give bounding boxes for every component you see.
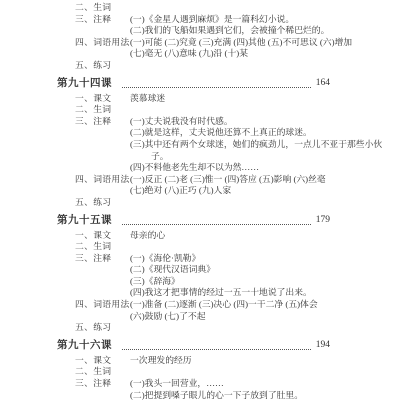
toc-item-row: 四、词语用法(一)可能 (二)究竟 (三)充满 (四)其他 (五)不可思议 (六… <box>0 37 400 60</box>
toc-content-line: (二)我们的飞船如果遇到它们，会被撞个稀巴烂的。 <box>130 25 400 37</box>
lesson-heading-row: 第九十四课164 <box>0 77 400 90</box>
toc-content-line: (七)绝对 (八)正巧 (九)人家 <box>130 185 400 197</box>
toc-item-content: 母亲的心 <box>130 230 400 242</box>
toc-content-line: (一)可能 (二)究竟 (三)充满 (四)其他 (五)不可思议 (六)增加 <box>130 37 400 49</box>
toc-content-line: (四)我这才把事情的经过一五一十地说了出来。 <box>130 287 400 299</box>
toc-item-content: (一)可能 (二)究竟 (三)充满 (四)其他 (五)不可思议 (六)增加(七)… <box>130 37 400 60</box>
toc-content-line: 一次理发的经历 <box>130 355 400 367</box>
toc-item-row: 三、注释(一)我头一回营业，……(二)把提到嗓子眼儿的心一下子放到了肚里。 <box>0 378 400 400</box>
toc-item-label: 二、生词 <box>75 241 130 253</box>
toc-item-label: 四、词语用法 <box>75 299 130 311</box>
toc-content-line: 子。 <box>130 151 400 163</box>
toc-content-line: (一)准备 (二)逐渐 (三)决心 (四)一干二净 (五)体会 <box>130 299 400 311</box>
toc-item-content: 羡慕球迷 <box>130 93 400 105</box>
toc-content-line: (六)鼓励 (七)了不起 <box>130 311 400 323</box>
lesson-title: 第九十六课 <box>57 339 112 352</box>
toc-content-line: (四)不料他老先生却不以为然…… <box>130 162 400 174</box>
toc-item-row: 五、练习 <box>0 322 400 334</box>
page-number: 194 <box>316 339 330 352</box>
toc-item-label: 三、注释 <box>75 116 130 128</box>
toc-item-row: 三、注释(一)丈夫说我没有时代感。(二)就是这样，丈夫说他还算不上真正的球迷。(… <box>0 116 400 174</box>
dotted-leader <box>122 86 311 88</box>
toc-item-row: 五、练习 <box>0 197 400 209</box>
toc-item-label: 五、练习 <box>75 322 130 334</box>
toc-item-label: 三、注释 <box>75 14 130 26</box>
toc-page: 二、生词三、注释(一)《金星人遇到麻烦》是一篇科幻小说。(二)我们的飞船如果遇到… <box>0 0 400 400</box>
toc-item-content: (一)丈夫说我没有时代感。(二)就是这样，丈夫说他还算不上真正的球迷。(三)其中… <box>130 116 400 174</box>
lesson-heading-row: 第九十六课194 <box>0 339 400 352</box>
toc-item-label: 四、词语用法 <box>75 37 130 49</box>
toc-item-row: 二、生词 <box>0 241 400 253</box>
toc-content-line: (二)就是这样，丈夫说他还算不上真正的球迷。 <box>130 127 400 139</box>
dotted-leader <box>122 223 311 225</box>
toc-item-row: 三、注释(一)《金星人遇到麻烦》是一篇科幻小说。(二)我们的飞船如果遇到它们，会… <box>0 14 400 37</box>
toc-content-line: (一)《海伦·凯勒》 <box>130 253 400 265</box>
toc-content-line: (三)《辞海》 <box>130 276 400 288</box>
toc-item-label: 一、课文 <box>75 93 130 105</box>
toc-item-content: (一)准备 (二)逐渐 (三)决心 (四)一干二净 (五)体会(六)鼓励 (七)… <box>130 299 400 322</box>
toc-content-line: 羡慕球迷 <box>130 93 400 105</box>
toc-item-content: (一)反正 (二)老 (三)惟一 (四)答应 (五)影响 (六)丝毫(七)绝对 … <box>130 174 400 197</box>
toc-content-line: (二)《现代汉语词典》 <box>130 264 400 276</box>
toc-item-row: 三、注释(一)《海伦·凯勒》(二)《现代汉语词典》(三)《辞海》(四)我这才把事… <box>0 253 400 299</box>
toc-item-label: 二、生词 <box>75 2 130 14</box>
lesson-title: 第九十五课 <box>57 214 112 227</box>
toc-item-row: 四、词语用法(一)准备 (二)逐渐 (三)决心 (四)一干二净 (五)体会(六)… <box>0 299 400 322</box>
page-number: 164 <box>316 77 330 90</box>
toc-item-content: (一)《金星人遇到麻烦》是一篇科幻小说。(二)我们的飞船如果遇到它们，会被撞个稀… <box>130 14 400 37</box>
toc-item-row: 一、课文一次理发的经历 <box>0 355 400 367</box>
toc-content-line: (七)毫无 (八)意味 (九)沿 (十)某 <box>130 48 400 60</box>
table-of-contents: 二、生词三、注释(一)《金星人遇到麻烦》是一篇科幻小说。(二)我们的飞船如果遇到… <box>0 2 400 400</box>
toc-item-row: 二、生词 <box>0 2 400 14</box>
toc-item-label: 五、练习 <box>75 60 130 72</box>
toc-item-label: 一、课文 <box>75 230 130 242</box>
lesson-heading-row: 第九十五课179 <box>0 214 400 227</box>
toc-item-label: 二、生词 <box>75 366 130 378</box>
toc-item-content: (一)《海伦·凯勒》(二)《现代汉语词典》(三)《辞海》(四)我这才把事情的经过… <box>130 253 400 299</box>
toc-item-row: 五、练习 <box>0 60 400 72</box>
toc-item-label: 四、词语用法 <box>75 174 130 186</box>
toc-item-label: 三、注释 <box>75 253 130 265</box>
toc-content-line: (二)把提到嗓子眼儿的心一下子放到了肚里。 <box>130 390 400 400</box>
page-number: 179 <box>316 214 330 227</box>
toc-item-row: 一、课文羡慕球迷 <box>0 93 400 105</box>
toc-item-row: 二、生词 <box>0 104 400 116</box>
toc-content-line: (三)其中还有两个女球迷，她们的疯劲儿，一点儿不亚于那些小伙 <box>130 139 400 151</box>
toc-item-row: 四、词语用法(一)反正 (二)老 (三)惟一 (四)答应 (五)影响 (六)丝毫… <box>0 174 400 197</box>
toc-item-label: 一、课文 <box>75 355 130 367</box>
toc-item-content: 一次理发的经历 <box>130 355 400 367</box>
toc-content-line: (一)《金星人遇到麻烦》是一篇科幻小说。 <box>130 14 400 26</box>
toc-content-line: 母亲的心 <box>130 230 400 242</box>
toc-content-line: (一)我头一回营业，…… <box>130 378 400 390</box>
toc-content-line: (一)丈夫说我没有时代感。 <box>130 116 400 128</box>
toc-item-label: 二、生词 <box>75 104 130 116</box>
dotted-leader <box>122 348 311 350</box>
toc-item-row: 一、课文母亲的心 <box>0 230 400 242</box>
lesson-title: 第九十四课 <box>57 77 112 90</box>
toc-item-content: (一)我头一回营业，……(二)把提到嗓子眼儿的心一下子放到了肚里。 <box>130 378 400 400</box>
toc-content-line: (一)反正 (二)老 (三)惟一 (四)答应 (五)影响 (六)丝毫 <box>130 174 400 186</box>
toc-item-label: 三、注释 <box>75 378 130 390</box>
toc-item-label: 五、练习 <box>75 197 130 209</box>
toc-item-row: 二、生词 <box>0 366 400 378</box>
